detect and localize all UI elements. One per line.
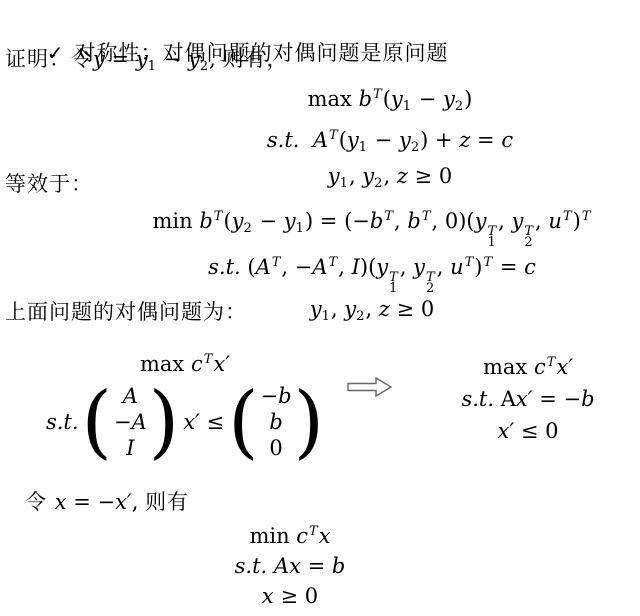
dual-right-block: max cTx′ s.t. Ax′ = −b x′ ≤ 0 [428,347,628,447]
matrix-A-cell: I [114,435,147,461]
lp-primal-constraint: s.t. AT(y1 − y2) + z = c [140,121,640,162]
implies-arrow-icon [347,376,393,402]
dual-right-nonpos: x′ ≤ 0 [428,415,628,447]
dual-left-objective: max cTx′ [30,346,340,378]
matrix-A-column: A −A I [112,383,149,461]
let-substitution-line: 令 x = −x′, 则有 [25,486,189,516]
right-paren-close-icon: ) [294,379,324,465]
right-paren-open-icon: ( [228,379,258,465]
rhs-column: −b b 0 [259,383,294,461]
lp-primal-nonneg: y1, y2, z ≥ 0 [140,162,640,198]
lp-equiv-objective: min bT(y2 − y1) = (−bT, bT, 0)(yT1, yT2,… [104,202,640,248]
rhs-cell: −b [261,383,292,409]
lp-final-constraint: s.t. Ax = b [140,551,440,581]
lp-final-nonneg: x ≥ 0 [140,581,440,611]
slide-page: ✓对称性：对偶问题的对偶问题是原问题 证明：令y = y1 − y2, 则有， … [0,0,640,616]
left-paren-close-icon: ) [149,379,179,465]
dual-left-constraint-row: s.t. ( A −A I ) x′ ≤ ( −b b 0 ) [30,380,340,464]
st-label: s.t. [46,410,79,434]
dual-intro-label: 上面问题的对偶问题为： [5,296,247,326]
lp-primal-objective: max bT(y1 − y2) [140,80,640,121]
proof-intro-line: 证明：令y = y1 − y2, 则有， [5,43,288,74]
left-paren-open-icon: ( [82,379,112,465]
equiv-label: 等效于： [5,168,93,198]
rhs-cell: b [261,409,292,435]
matrix-A-cell: A [114,383,147,409]
lp-primal-block: max bT(y1 − y2) s.t. AT(y1 − y2) + z = c… [140,80,640,198]
dual-left-mid: x′ ≤ [183,410,224,434]
dual-left-block: max cTx′ s.t. ( A −A I ) x′ ≤ ( −b b 0 ) [30,346,340,464]
dual-right-objective: max cTx′ [428,347,628,383]
lp-final-objective: min cTx [140,517,440,551]
matrix-A-cell: −A [114,409,147,435]
dual-right-constraint: s.t. Ax′ = −b [428,383,628,415]
rhs-cell: 0 [261,435,292,461]
lp-final-block: min cTx s.t. Ax = b x ≥ 0 [140,517,440,611]
lp-equiv-constraint: s.t. (AT, −AT, I)(yT1, yT2, uT)T = c [104,248,640,294]
